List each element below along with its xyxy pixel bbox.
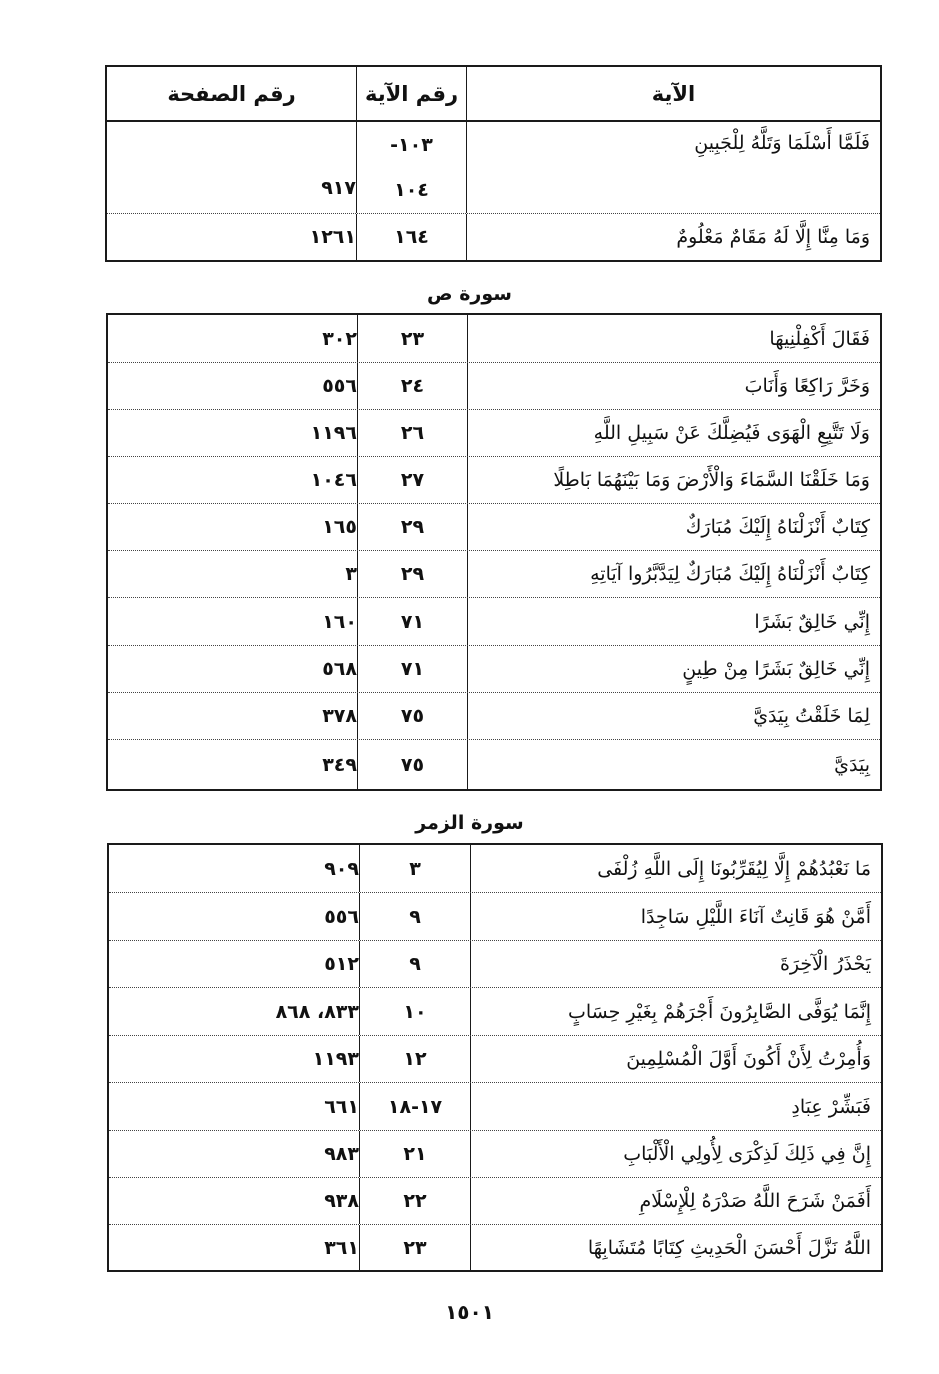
page-number: ٨٣٣، ٨٦٨ [109,988,359,1035]
verse-text: وَلَا تَتَّبِعِ الْهَوَى فَيُضِلَّكَ عَن… [468,410,880,456]
verse-text: فَقَالَ أَكْفِلْنِيهَا [468,315,880,362]
table-row: ٩٣٨ ٢٢ أَفَمَنْ شَرَحَ اللَّهُ صَدْرَهُ … [109,1177,881,1224]
page-number: ٣٦١ [109,1225,359,1270]
page-number: ٣٤٩ [108,740,357,789]
page-number: ٥٥٦ [109,893,359,940]
verse-text: إِنَّمَا يُوَفَّى الصَّابِرُونَ أَجْرَهُ… [471,988,881,1035]
page-number: ٥٥٦ [108,363,357,409]
verse-cell: فَلَمَّا أَسْلَمَا وَتَلَّهُ لِلْجَبِينِ [467,122,880,213]
table-row: ٩٠٩ ٣ مَا نَعْبُدُهُمْ إِلَّا لِيُقَرِّب… [109,845,881,892]
verse-number: ٢٢ [359,1178,471,1224]
table-row: ٩١٧ ١٠٣- ١٠٤ فَلَمَّا أَسْلَمَا وَتَلَّه… [107,120,880,213]
verse-number: ٢٩ [357,504,468,550]
verse-text: إِنِّي خَالِقٌ بَشَرًا [468,598,880,645]
header-verse-number: رقم الآية [356,67,467,120]
page-number: ٣ [108,551,357,597]
verse-number: ٧٥ [357,693,468,739]
page-number-footer: ١٥٠١ [0,1300,939,1324]
verse-number: ٧١ [357,646,468,692]
verse-text: وَخَرَّ رَاكِعًا وَأَنَابَ [468,363,880,409]
table-row: ٣٦١ ٢٣ اللَّهُ نَزَّلَ أَحْسَنَ الْحَدِي… [109,1224,881,1270]
verse-number: ٢٦ [357,410,468,456]
verse-text: وَأُمِرْتُ لِأَنْ أَكُونَ أَوَّلَ الْمُس… [471,1036,881,1082]
page-number-cell: ٩١٧ [107,122,356,213]
page-number: ١٠٤٦ [108,457,357,503]
page-number: ١٦٠ [108,598,357,645]
verse-text: بِيَدَيَّ [468,740,880,789]
verse-text: فَلَمَّا أَسْلَمَا وَتَلَّهُ لِلْجَبِينِ [694,132,870,154]
verse-number: ٧٥ [357,740,468,789]
table-row: ٣ ٢٩ كِتَابٌ أَنْزَلْنَاهُ إِلَيْكَ مُبَ… [108,550,880,597]
verse-text: إِنِّي خَالِقٌ بَشَرًا مِنْ طِينٍ [468,646,880,692]
verse-number: ٢٩ [357,551,468,597]
verse-number: ٢٧ [357,457,468,503]
table-row: ٥٥٦ ٢٤ وَخَرَّ رَاكِعًا وَأَنَابَ [108,362,880,409]
page-number: ٩١٧ [321,177,356,199]
table-row: ١٦٠ ٧١ إِنِّي خَالِقٌ بَشَرًا [108,597,880,645]
table-row: ٥٥٦ ٩ أَمَّنْ هُوَ قَانِتٌ آنَاءَ اللَّي… [109,892,881,940]
verse-text: كِتَابٌ أَنْزَلْنَاهُ إِلَيْكَ مُبَارَكٌ… [468,551,880,597]
surah-title-saad: سورة ص [0,283,939,305]
surah-saad-table: ٣٠٢ ٢٣ فَقَالَ أَكْفِلْنِيهَا ٥٥٦ ٢٤ وَخ… [106,313,882,791]
page-number: ١١٩٦ [108,410,357,456]
verse-number: ١٠٣- [390,134,433,156]
verse-text: فَبَشِّرْ عِبَادِ [471,1083,881,1130]
verse-text: كِتَابٌ أَنْزَلْنَاهُ إِلَيْكَ مُبَارَكٌ [468,504,880,550]
page-number: ٣٠٢ [108,315,357,362]
page-number: ٥٦٨ [108,646,357,692]
page-number: ١٢٦١ [107,214,356,260]
verse-number: ٢٤ [357,363,468,409]
verse-number: ٢٣ [359,1225,471,1270]
verse-number-cell: ١٠٣- ١٠٤ [356,122,467,213]
verse-text: يَحْذَرُ الْآخِرَةَ [471,941,881,987]
table-row: ٥٦٨ ٧١ إِنِّي خَالِقٌ بَشَرًا مِنْ طِينٍ [108,645,880,692]
verse-text: مَا نَعْبُدُهُمْ إِلَّا لِيُقَرِّبُونَا … [471,845,881,892]
verse-number: ١٦٤ [356,214,467,260]
verse-text: لِمَا خَلَقْتُ بِيَدَيَّ [468,693,880,739]
table-row: ٥١٢ ٩ يَحْذَرُ الْآخِرَةَ [109,940,881,987]
page-number: ١١٩٣ [109,1036,359,1082]
table-row: ١٢٦١ ١٦٤ وَمَا مِنَّا إِلَّا لَهُ مَقَام… [107,213,880,260]
verse-number: ١٢ [359,1036,471,1082]
verse-number: ١٠٤ [394,179,429,201]
verse-number: ٣ [359,845,471,892]
page-number: ٣٧٨ [108,693,357,739]
surah-zumar-table: ٩٠٩ ٣ مَا نَعْبُدُهُمْ إِلَّا لِيُقَرِّب… [107,843,883,1272]
table-row: ١١٩٣ ١٢ وَأُمِرْتُ لِأَنْ أَكُونَ أَوَّل… [109,1035,881,1082]
page-number: ٦٦١ [109,1083,359,1130]
table-row: ٣٠٢ ٢٣ فَقَالَ أَكْفِلْنِيهَا [108,315,880,362]
header-verse: الآية [467,67,880,120]
verse-index-table-continued: رقم الصفحة رقم الآية الآية ٩١٧ ١٠٣- ١٠٤ … [105,65,882,262]
verse-number: ١٧-١٨ [359,1083,471,1130]
table-row: ١٠٤٦ ٢٧ وَمَا خَلَقْنَا السَّمَاءَ وَالْ… [108,456,880,503]
verse-text: وَمَا خَلَقْنَا السَّمَاءَ وَالْأَرْضَ و… [468,457,880,503]
verse-text: إِنَّ فِي ذَلِكَ لَذِكْرَى لِأُولِي الْأ… [471,1131,881,1177]
page-number: ٩٨٣ [109,1131,359,1177]
table-row: ٣٧٨ ٧٥ لِمَا خَلَقْتُ بِيَدَيَّ [108,692,880,739]
verse-number: ٧١ [357,598,468,645]
table-row: ١٦٥ ٢٩ كِتَابٌ أَنْزَلْنَاهُ إِلَيْكَ مُ… [108,503,880,550]
verse-number: ٩ [359,893,471,940]
table-row: ٩٨٣ ٢١ إِنَّ فِي ذَلِكَ لَذِكْرَى لِأُول… [109,1130,881,1177]
table-row: ١١٩٦ ٢٦ وَلَا تَتَّبِعِ الْهَوَى فَيُضِل… [108,409,880,456]
table-row: ٣٤٩ ٧٥ بِيَدَيَّ [108,739,880,789]
page-number: ٩٠٩ [109,845,359,892]
verse-number: ٩ [359,941,471,987]
verse-number: ١٠ [359,988,471,1035]
verse-text: اللَّهُ نَزَّلَ أَحْسَنَ الْحَدِيثِ كِتَ… [471,1225,881,1270]
verse-number: ٢٣ [357,315,468,362]
verse-text: أَمَّنْ هُوَ قَانِتٌ آنَاءَ اللَّيْلِ سَ… [471,893,881,940]
verse-number: ٢١ [359,1131,471,1177]
header-page-number: رقم الصفحة [107,67,356,120]
table-row: ٦٦١ ١٧-١٨ فَبَشِّرْ عِبَادِ [109,1082,881,1130]
table-header-row: رقم الصفحة رقم الآية الآية [107,67,880,120]
verse-text: وَمَا مِنَّا إِلَّا لَهُ مَقَامٌ مَعْلُو… [467,214,880,260]
page-number: ٥١٢ [109,941,359,987]
page-number: ٩٣٨ [109,1178,359,1224]
table-row: ٨٣٣، ٨٦٨ ١٠ إِنَّمَا يُوَفَّى الصَّابِرُ… [109,987,881,1035]
surah-title-zumar: سورة الزمر [0,812,939,834]
page-number: ١٦٥ [108,504,357,550]
verse-text: أَفَمَنْ شَرَحَ اللَّهُ صَدْرَهُ لِلْإِس… [471,1178,881,1224]
